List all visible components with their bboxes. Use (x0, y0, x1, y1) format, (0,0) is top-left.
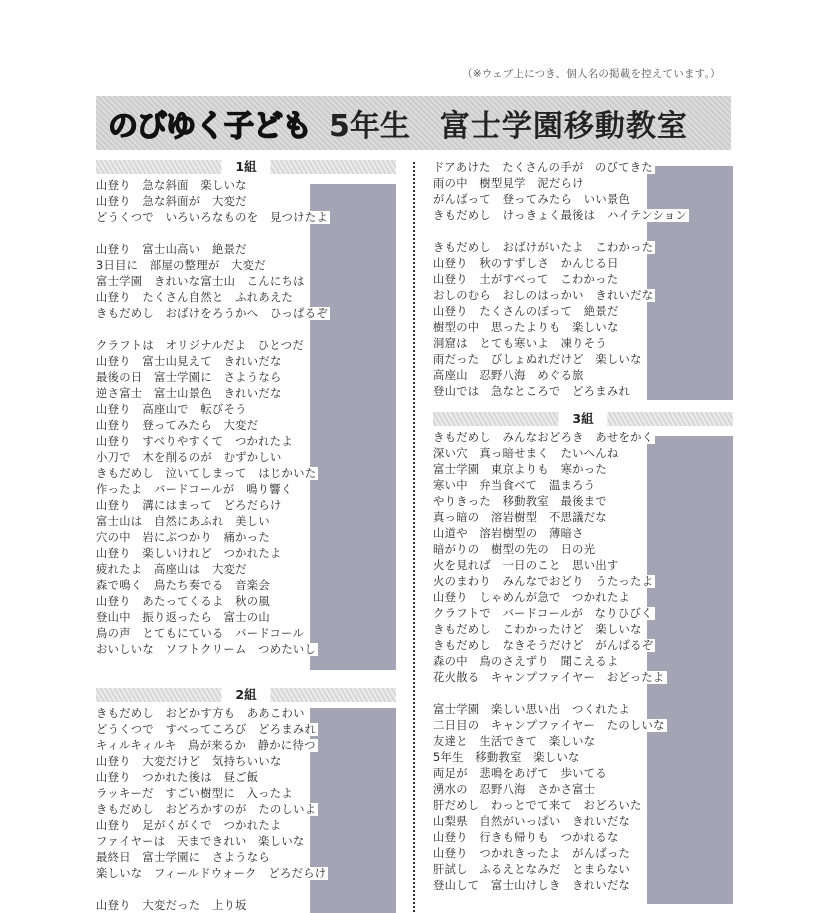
haiku-line: 最終日 富士学園に さようなら (96, 850, 396, 866)
haiku-line: 真っ暗の 溶岩樹型 不思議だな (433, 510, 733, 526)
haiku-line: 樹型の中 思ったよりも 楽しいな (433, 320, 733, 336)
haiku-line: 山登り つかれた後は 昼ご飯 (96, 770, 396, 786)
group-2-section: 2組 きもだめし おどかす方も ああこわい どうくつで すべってころび どろまみ… (96, 688, 396, 913)
haiku-line: 火のまわり みんなでおどり うたったよ (433, 574, 733, 590)
haiku-list: ドアあけた たくさんの手が のびてきた 雨の中 樹型見学 泥だらけ がんばって … (433, 160, 733, 400)
haiku-line: 山登り 足がくがくで つかれたよ (96, 818, 396, 834)
haiku-line: ファイヤーは 天まできれい 楽しいな (96, 834, 396, 850)
haiku-line: 肝だめし わっとでて来て おどろいた (433, 798, 733, 814)
haiku-line: 深い穴 真っ暗せまく たいへんね (433, 446, 733, 462)
haiku-block: 山登り 急な斜面 楽しいな 山登り 急な斜面が 大変だ どうくつで いろいろなも… (96, 178, 396, 658)
haiku-line: 山登り 登ってみたら 大変だ (96, 418, 396, 434)
haiku-line: きもだめし おどろかすのが たのしいよ (96, 802, 396, 818)
haiku-line: 花火散る キャンプファイヤー おどったよ (433, 670, 733, 686)
title-banner: のびゆく子ども 5年生 富士学園移動教室 (96, 96, 731, 150)
haiku-line: おしのむら おしのはっかい きれいだな (433, 288, 733, 304)
haiku-line: 逆さ富士 富士山景色 きれいだな (96, 386, 396, 402)
haiku-line: 山登り つかれきったよ がんばった (433, 846, 733, 862)
haiku-line: 登山中 振り返ったら 富士の山 (96, 610, 396, 626)
group-header: 1組 (96, 160, 396, 174)
haiku-line: 雨だった びしょぬれだけど 楽しいな (433, 352, 733, 368)
column-divider (413, 162, 415, 912)
haiku-line: 友達と 生活できて 楽しいな (433, 734, 733, 750)
group-label: 3組 (558, 410, 607, 427)
haiku-line: おいしいな ソフトクリーム つめたいし (96, 642, 396, 658)
haiku-line: 登山して 富士山けしき きれいだな (433, 878, 733, 894)
haiku-line: キィルキィルキ 鳥が来るか 静かに待つ (96, 738, 396, 754)
haiku-line: 火を見れば 一日のこと 思い出す (433, 558, 733, 574)
group-label: 1組 (221, 158, 270, 175)
group-1-section: 1組 山登り 急な斜面 楽しいな 山登り 急な斜面が 大変だ どうくつで いろい… (96, 160, 396, 658)
haiku-line: 高座山 忍野八海 めぐる旅 (433, 368, 733, 384)
haiku-line: 楽しいな フィールドウォーク どろだらけ (96, 866, 396, 882)
haiku-line: きもだめし おばけがいたよ こわかった (433, 240, 733, 256)
haiku-line: 二日目の キャンプファイヤー たのしいな (433, 718, 733, 734)
haiku-line: 山登り 富士山高い 絶景だ (96, 242, 396, 258)
haiku-line: 森の中 鳥のさえずり 聞こえるよ (433, 654, 733, 670)
haiku-line: 疲れたよ 高座山は 大変だ (96, 562, 396, 578)
haiku-line: 山登り 秋のすずしさ かんじる日 (433, 256, 733, 272)
haiku-line: 両足が 悲鳴をあげて 歩いてる (433, 766, 733, 782)
haiku-line: 肝試し ふるえとなみだ とまらない (433, 862, 733, 878)
haiku-line: 山登り 土がすべって こわかった (433, 272, 733, 288)
haiku-line: 山登り 楽しいけれど つかれたよ (96, 546, 396, 562)
haiku-line: がんばって 登ってみたら いい景色 (433, 192, 733, 208)
haiku-line: 富士学園 きれいな富士山 こんにちは (96, 274, 396, 290)
haiku-line: 山登り 大変だけど 気持ちいいな (96, 754, 396, 770)
haiku-list: 山登り 急な斜面 楽しいな 山登り 急な斜面が 大変だ どうくつで いろいろなも… (96, 178, 396, 658)
haiku-line: 鳥の声 とてもにている バードコール (96, 626, 396, 642)
haiku-line: きもだめし こわかったけど 楽しいな (433, 622, 733, 638)
haiku-line: 山道や 溶岩樹型の 薄暗さ (433, 526, 733, 542)
haiku-line: 山登り しゃめんが急で つかれたよ (433, 590, 733, 606)
haiku-line: きもだめし おどかす方も ああこわい (96, 706, 396, 722)
privacy-notice: （※ウェブ上につき、個人名の掲載を控えています。） (462, 66, 742, 81)
haiku-line: 森で鳴く 鳥たち奏でる 音楽会 (96, 578, 396, 594)
haiku-line: 3日目に 部屋の整理が 大変だ (96, 258, 396, 274)
haiku-line: やりきった 移動教室 最後まで (433, 494, 733, 510)
left-column: 1組 山登り 急な斜面 楽しいな 山登り 急な斜面が 大変だ どうくつで いろい… (96, 160, 396, 913)
haiku-line: 雨の中 樹型見学 泥だらけ (433, 176, 733, 192)
haiku-line: どうくつで すべってころび どろまみれ (96, 722, 396, 738)
haiku-line: 山登り すべりやすくて つかれたよ (96, 434, 396, 450)
haiku-line: クラフトで バードコールが なりひびく (433, 606, 733, 622)
haiku-line: きもだめし けっきょく最後は ハイテンション (433, 208, 733, 224)
haiku-line: ラッキーだ すごい樹型に 入ったよ (96, 786, 396, 802)
haiku-line: きもだめし みんなおどろき あせをかく (433, 430, 733, 446)
group-label: 2組 (221, 686, 270, 703)
haiku-line: 洞窟は とても寒いよ 凍りそう (433, 336, 733, 352)
right-column: ドアあけた たくさんの手が のびてきた 雨の中 樹型見学 泥だらけ がんばって … (433, 160, 733, 894)
haiku-line: 作ったよ バードコールが 鳴り響く (96, 482, 396, 498)
haiku-line: きもだめし おばけをろうかへ ひっぱるぞ (96, 306, 396, 322)
haiku-line: 湧水の 忍野八海 さかさ富士 (433, 782, 733, 798)
haiku-line: 5年生 移動教室 楽しいな (433, 750, 733, 766)
haiku-line: 山登り 高座山で 転びそう (96, 402, 396, 418)
haiku-line: 山登り たくさんのぼって 絶景だ (433, 304, 733, 320)
haiku-line: 登山では 急なところで どろまみれ (433, 384, 733, 400)
title-event: 富士学園移動教室 (440, 101, 688, 145)
group-header: 2組 (96, 688, 396, 702)
haiku-line: 山梨県 自然がいっぱい きれいだな (433, 814, 733, 830)
haiku-line: 山登り 行きも帰りも つかれるな (433, 830, 733, 846)
haiku-line: 寒い中 弁当食べて 温まろう (433, 478, 733, 494)
haiku-line: どうくつで いろいろなものを 見つけたよ (96, 210, 396, 226)
haiku-line: 山登り 急な斜面が 大変だ (96, 194, 396, 210)
haiku-line: 富士学園 楽しい思い出 つくれたよ (433, 702, 733, 718)
haiku-line: 富士学園 東京よりも 寒かった (433, 462, 733, 478)
haiku-line: 山登り 富士山見えて きれいだな (96, 354, 396, 370)
haiku-line: 富士山は 自然にあふれ 美しい (96, 514, 396, 530)
haiku-line: 山登り たくさん自然と ふれあえた (96, 290, 396, 306)
title-grade: 5年生 (329, 101, 410, 145)
haiku-list: きもだめし おどかす方も ああこわい どうくつで すべってころび どろまみれ キ… (96, 706, 396, 913)
haiku-line: クラフトは オリジナルだよ ひとつだ (96, 338, 396, 354)
haiku-line: 穴の中 岩にぶつかり 痛かった (96, 530, 396, 546)
haiku-line: 山登り 急な斜面 楽しいな (96, 178, 396, 194)
haiku-block: きもだめし おどかす方も ああこわい どうくつで すべってころび どろまみれ キ… (96, 706, 396, 913)
haiku-line: ドアあけた たくさんの手が のびてきた (433, 160, 733, 176)
haiku-list: きもだめし みんなおどろき あせをかく 深い穴 真っ暗せまく たいへんね 富士学… (433, 430, 733, 894)
haiku-block: きもだめし みんなおどろき あせをかく 深い穴 真っ暗せまく たいへんね 富士学… (433, 430, 733, 894)
haiku-line: 最後の日 富士学園に さようなら (96, 370, 396, 386)
group-2-continued-section: ドアあけた たくさんの手が のびてきた 雨の中 樹型見学 泥だらけ がんばって … (433, 160, 733, 400)
haiku-line: きもだめし 泣いてしまって はじかいた (96, 466, 396, 482)
haiku-block: ドアあけた たくさんの手が のびてきた 雨の中 樹型見学 泥だらけ がんばって … (433, 160, 733, 400)
haiku-line: 小刀で 木を削るのが むずかしい (96, 450, 396, 466)
title-main: のびゆく子ども (108, 101, 311, 145)
group-3-section: 3組 きもだめし みんなおどろき あせをかく 深い穴 真っ暗せまく たいへんね … (433, 412, 733, 894)
haiku-line: きもだめし なきそうだけど がんばるぞ (433, 638, 733, 654)
group-header: 3組 (433, 412, 733, 426)
haiku-line: 山登り 大変だった 上り坂 (96, 898, 396, 913)
haiku-line: 山登り 溝にはまって どろだらけ (96, 498, 396, 514)
haiku-line: 山登り あたってくるよ 秋の風 (96, 594, 396, 610)
haiku-line: 暗がりの 樹型の先の 日の光 (433, 542, 733, 558)
